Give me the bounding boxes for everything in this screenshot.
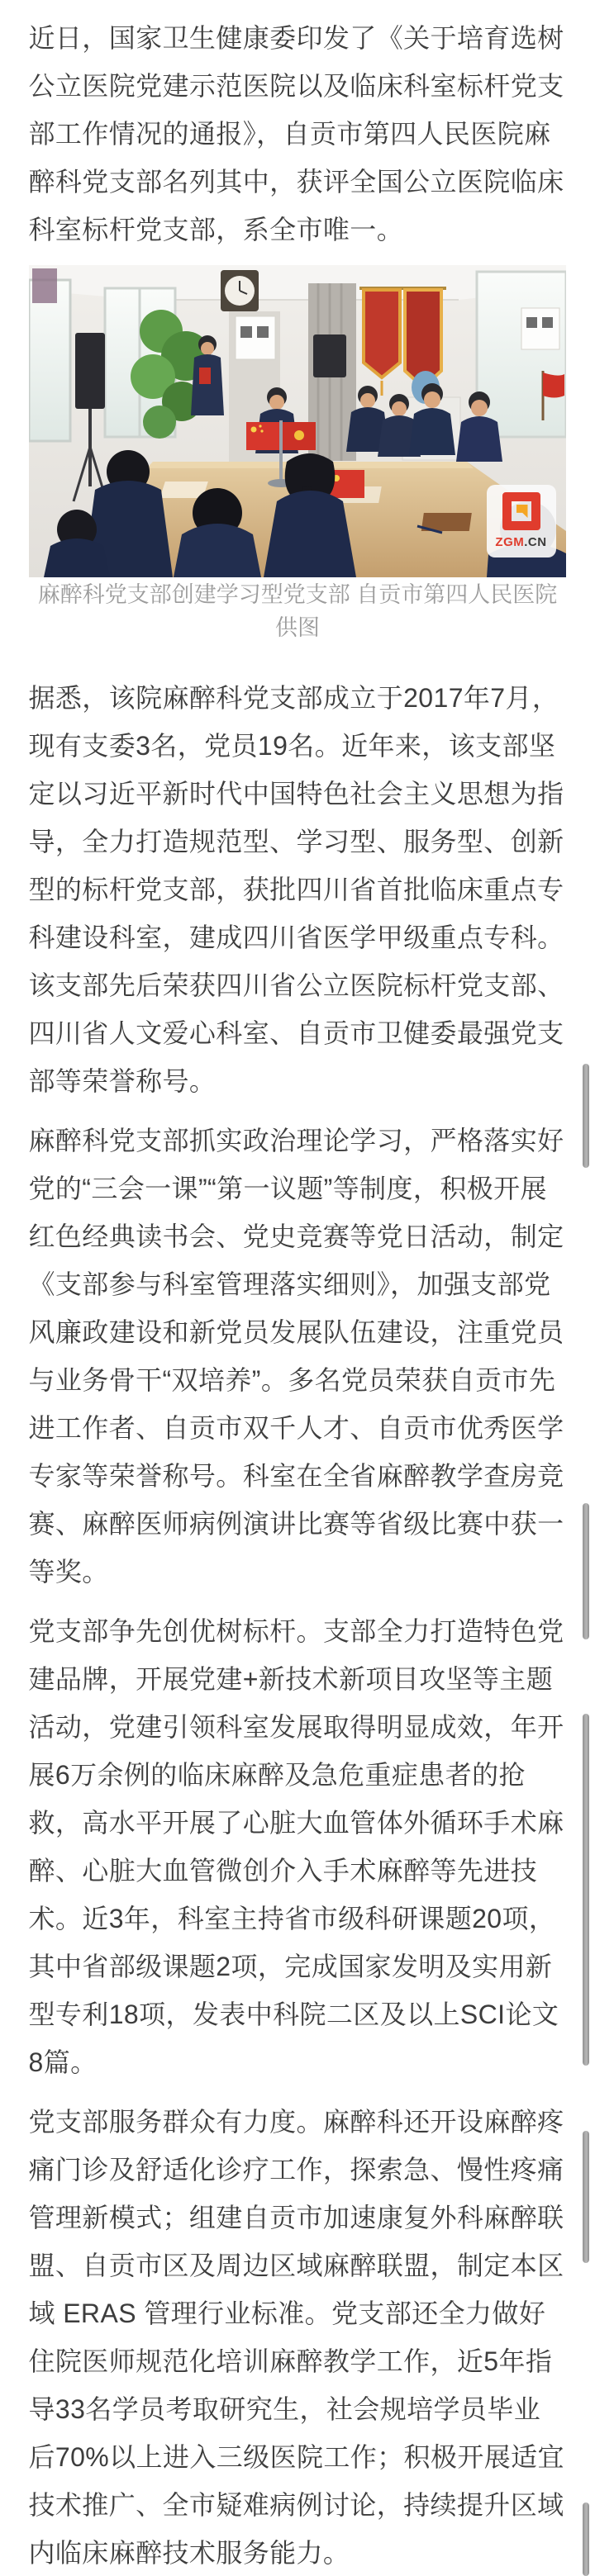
qr-sheet-right <box>521 308 559 349</box>
zgm-watermark: ZGM.CN <box>487 485 556 557</box>
scrollbar-thumb[interactable] <box>583 1714 589 2066</box>
article-body: 近日，国家卫生健康委印发了《关于培育选树公立医院党建示范医院以及临床科室标杆党支… <box>29 0 567 2576</box>
scrollbar-thumb[interactable] <box>583 2502 589 2576</box>
watermark-text-primary: ZGM <box>495 535 524 549</box>
scrollbar-thumb[interactable] <box>583 2131 589 2263</box>
article-paragraph-1: 近日，国家卫生健康委印发了《关于培育选树公立医院党建示范医院以及临床科室标杆党支… <box>29 14 567 254</box>
photo-caption: 麻醉科党支部创建学习型党支部 自贡市第四人民医院供图 <box>29 578 567 644</box>
article-paragraph-4: 党支部争先创优树标杆。支部全力打造特色党建品牌，开展党建+新技术新项目攻坚等主题… <box>29 1607 567 2086</box>
qr-sheet-left <box>236 316 275 359</box>
article-paragraph-5: 党支部服务群众有力度。麻醉科还开设麻醉疼痛门诊及舒适化诊疗工作，探索急、慢性疼痛… <box>29 2098 567 2576</box>
article-paragraph-2: 据悉，该院麻醉科党支部成立于2017年7月，现有支委3名，党员19名。近年来，该… <box>29 674 567 1105</box>
wall-clock <box>221 270 259 311</box>
zgm-logo-icon <box>502 492 540 530</box>
meeting-photo-illustration <box>29 265 566 577</box>
scrollbar-thumb[interactable] <box>583 1064 589 1168</box>
watermark-text-secondary: .CN <box>524 535 546 549</box>
article-figure: ZGM.CN 麻醉科党支部创建学习型党支部 自贡市第四人民医院供图 <box>29 265 567 644</box>
scrollbar-thumb[interactable] <box>583 1503 589 1639</box>
article-paragraph-3: 麻醉科党支部抓实政治理论学习，严格落实好党的“三会一课”“第一议题”等制度，积极… <box>29 1117 567 1596</box>
meeting-photo[interactable]: ZGM.CN <box>29 265 566 577</box>
